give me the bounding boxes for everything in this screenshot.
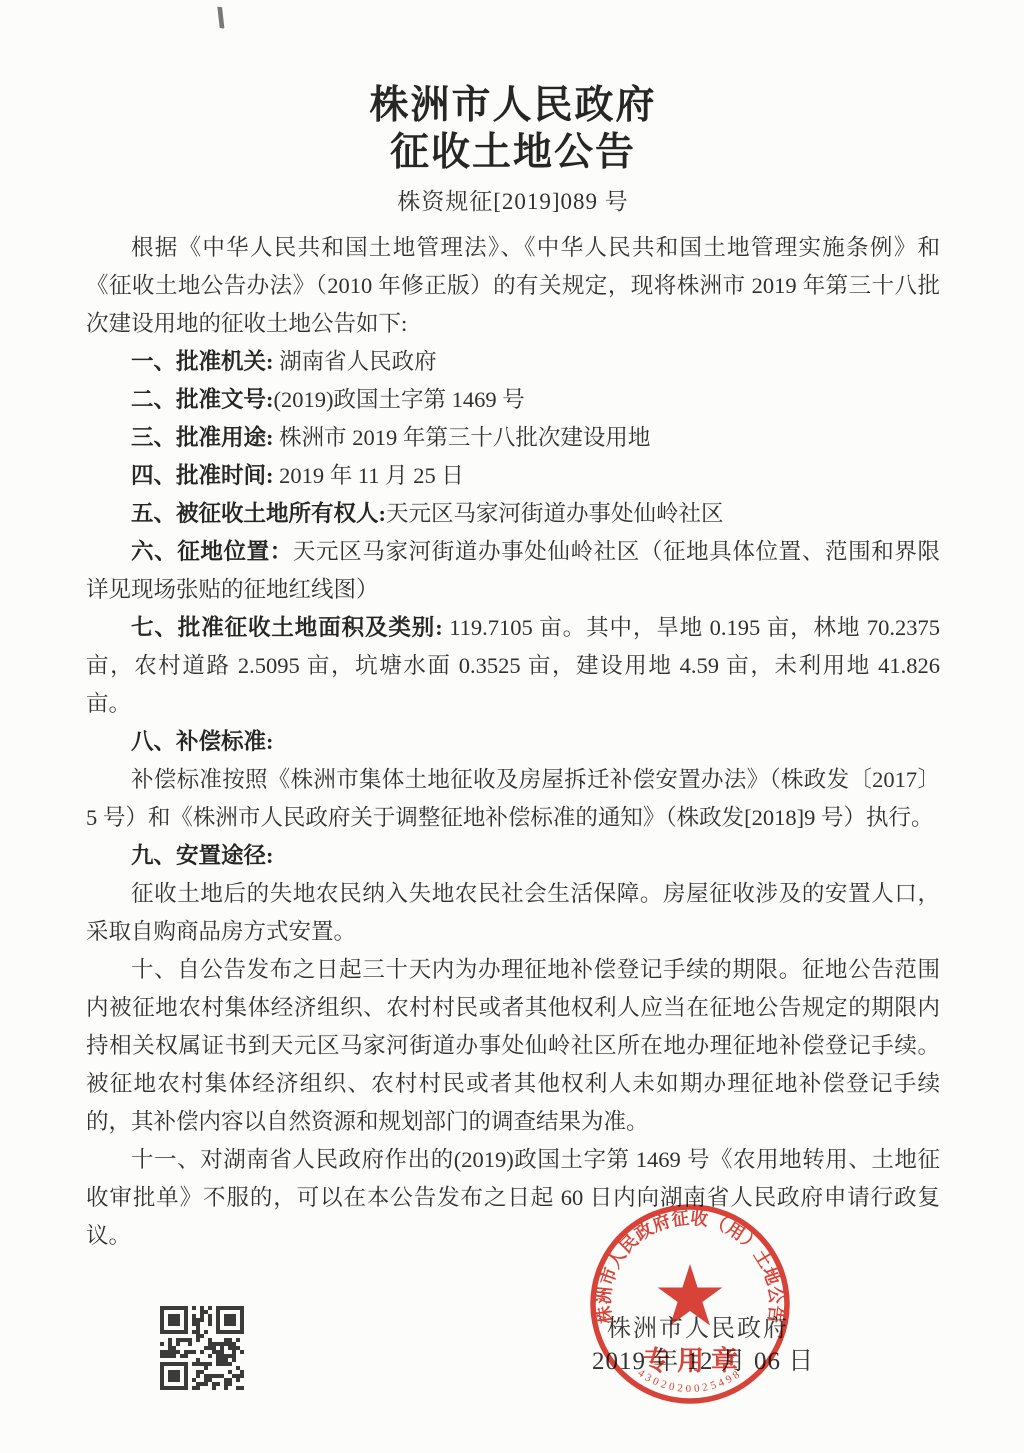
doc-number: 株资规征[2019]089 号 bbox=[86, 183, 940, 216]
paragraph-label: 九、安置途径: bbox=[131, 843, 274, 868]
para-resettlement: 征收土地后的失地农民纳入失地农民社会生活保障。房屋征收涉及的安置人口，采取自购商… bbox=[86, 875, 940, 951]
scan-artifact-mark bbox=[213, 6, 228, 28]
item-approval-number: 二、批准文号:(2019)政国土字第 1469 号 bbox=[86, 381, 940, 419]
para-registration-deadline: 十、自公告发布之日起三十天内为办理征地补偿登记手续的期限。征地公告范围内被征地农… bbox=[86, 951, 940, 1141]
paragraph-label: 六、征地位置： bbox=[131, 539, 293, 564]
para-administrative-review: 十一、对湖南省人民政府作出的(2019)政国土字第 1469 号《农用地转用、土… bbox=[86, 1141, 940, 1255]
item-approval-date: 四、批准时间: 2019 年 11 月 25 日 bbox=[86, 457, 940, 495]
paragraph-text: 2019 年 11 月 25 日 bbox=[274, 463, 464, 488]
item-approval-purpose: 三、批准用途: 株洲市 2019 年第三十八批次建设用地 bbox=[86, 419, 940, 457]
official-seal: 株洲市人民政府征收（用）土地公告 专用章 4302020025498 bbox=[586, 1200, 794, 1408]
para-compensation-standard: 补偿标准按照《株洲市集体土地征收及房屋拆迁补偿安置办法》（株政发〔2017〕5 … bbox=[86, 761, 940, 837]
document-body: 根据《中华人民共和国土地管理法》、《中华人民共和国土地管理实施条例》和《征收土地… bbox=[86, 229, 940, 1255]
doc-title-line1: 株洲市人民政府 bbox=[86, 82, 940, 129]
paragraph-text: 征收土地后的失地农民纳入失地农民社会生活保障。房屋征收涉及的安置人口，采取自购商… bbox=[86, 881, 940, 944]
paragraph-text: 十、自公告发布之日起三十天内为办理征地补偿登记手续的期限。征地公告范围内被征地农… bbox=[86, 957, 940, 1134]
heading-compensation-standard: 八、补偿标准: bbox=[86, 723, 940, 761]
intro-paragraph: 根据《中华人民共和国土地管理法》、《中华人民共和国土地管理实施条例》和《征收土地… bbox=[86, 229, 940, 343]
paragraph-text: 天元区马家河街道办事处仙岭社区 bbox=[386, 501, 724, 526]
item-land-location: 六、征地位置：天元区马家河街道办事处仙岭社区（征地具体位置、范围和界限详见现场张… bbox=[86, 533, 940, 609]
paragraph-label: 四、批准时间: bbox=[131, 463, 274, 488]
item-land-area: 七、批准征收土地面积及类别: 119.7105 亩。其中，旱地 0.195 亩，… bbox=[86, 609, 940, 723]
item-landowner: 五、被征收土地所有权人:天元区马家河街道办事处仙岭社区 bbox=[86, 495, 940, 533]
paragraph-label: 三、批准用途: bbox=[131, 425, 274, 450]
item-approval-authority: 一、批准机关: 湖南省人民政府 bbox=[86, 343, 940, 381]
paragraph-text: 株洲市 2019 年第三十八批次建设用地 bbox=[274, 425, 651, 450]
paragraph-label: 七、批准征收土地面积及类别: bbox=[131, 615, 443, 640]
paragraph-label: 一、批准机关: bbox=[131, 349, 274, 374]
seal-center-text: 专用章 bbox=[643, 1345, 745, 1376]
paragraph-text: 根据《中华人民共和国土地管理法》、《中华人民共和国土地管理实施条例》和《征收土地… bbox=[86, 235, 940, 336]
doc-title-line2: 征收土地公告 bbox=[86, 129, 940, 176]
paragraph-text: (2019)政国土字第 1469 号 bbox=[274, 387, 525, 412]
seal-star-icon bbox=[658, 1264, 723, 1326]
qr-code bbox=[160, 1306, 244, 1394]
paragraph-text: 补偿标准按照《株洲市集体土地征收及房屋拆迁补偿安置办法》（株政发〔2017〕5 … bbox=[86, 767, 940, 830]
paragraph-label: 二、批准文号: bbox=[131, 387, 274, 412]
scanned-document-page: 株洲市人民政府 征收土地公告 株资规征[2019]089 号 根据《中华人民共和… bbox=[0, 0, 1024, 1453]
paragraph-label: 五、被征收土地所有权人: bbox=[131, 501, 386, 526]
paragraph-label: 八、补偿标准: bbox=[131, 729, 274, 754]
heading-resettlement: 九、安置途径: bbox=[86, 837, 940, 875]
document-content: 株洲市人民政府 征收土地公告 株资规征[2019]089 号 根据《中华人民共和… bbox=[86, 82, 940, 1255]
paragraph-text: 湖南省人民政府 bbox=[274, 349, 437, 374]
paragraph-text: 十一、对湖南省人民政府作出的(2019)政国土字第 1469 号《农用地转用、土… bbox=[86, 1147, 940, 1248]
